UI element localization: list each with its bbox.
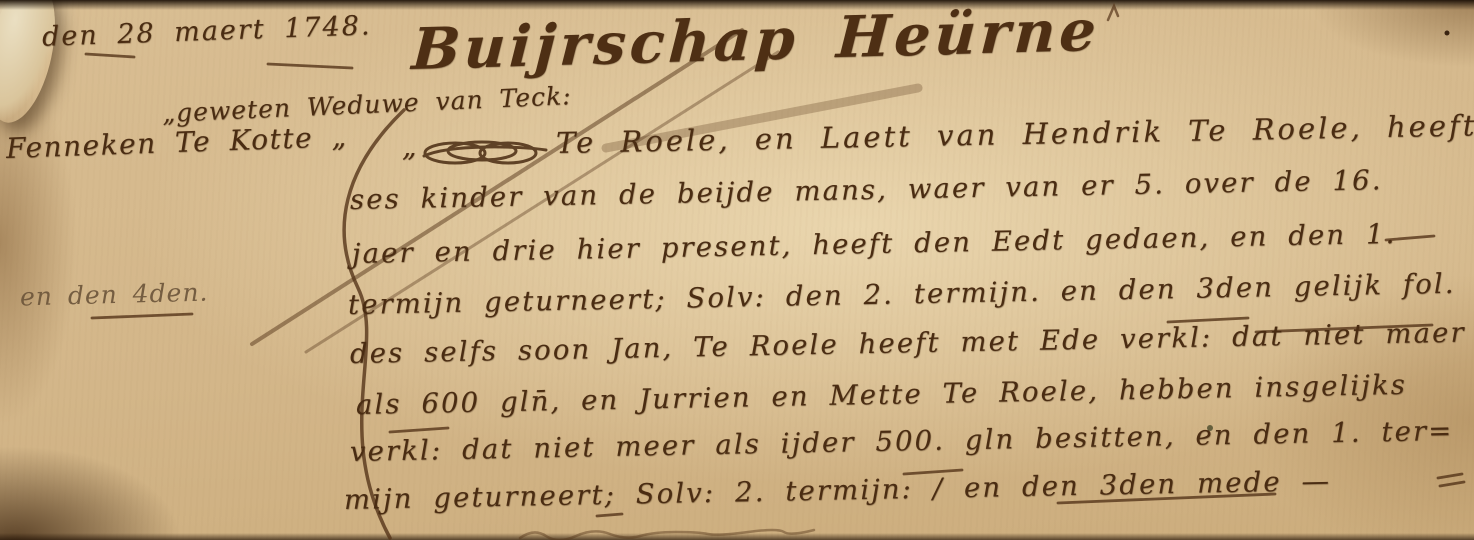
page-bottom-edge bbox=[0, 533, 1474, 540]
margin-note: en den 4den. bbox=[20, 278, 209, 312]
manuscript-photo: den 28 maert 1748. Buijrschap Heürne „ge… bbox=[0, 0, 1474, 540]
caret-mark: „ bbox=[402, 130, 417, 163]
